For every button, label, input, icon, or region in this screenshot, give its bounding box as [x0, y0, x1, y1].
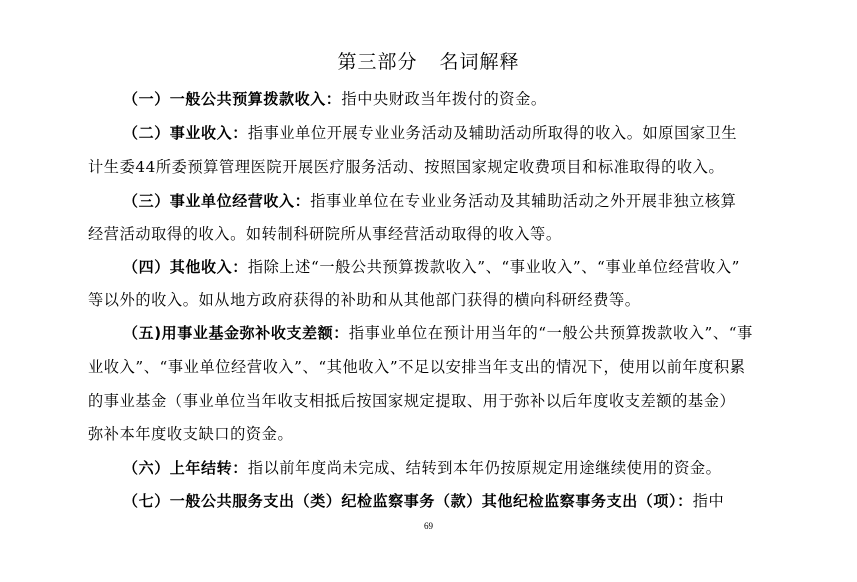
definition-line: （五)用事业基金弥补收支差额：指事业单位在预计用当年的“一般公共预算拨款收入”、…: [123, 322, 753, 343]
definition-line: 计生委44所委预算管理医院开展医疗服务活动、按照国家规定收费项目和标准取得的收入…: [88, 156, 724, 177]
definition-line: 的事业基金（事业单位当年收支相抵后按国家规定提取、用于弥补以后年度收支差额的基金…: [88, 390, 735, 411]
definition-line: （六）上年结转：指以前年度尚未完成、结转到本年仍按原规定用途继续使用的资金。: [123, 457, 721, 478]
definition-line: 弥补本年度收支缺口的资金。: [88, 423, 293, 444]
definition-text: 的事业基金（事业单位当年收支相抵后按国家规定提取、用于弥补以后年度收支差额的基金…: [88, 392, 735, 410]
term: （一）一般公共预算拨款收入：: [123, 90, 341, 108]
definition-text: 弥补本年度收支缺口的资金。: [88, 425, 293, 443]
definition-text: 计生委44所委预算管理医院开展医疗服务活动、按照国家规定收费项目和标准取得的收入…: [88, 158, 724, 176]
page-number: 69: [0, 521, 857, 531]
definition-text: 指事业单位在预计用当年的“一般公共预算拨款收入”、“事: [349, 324, 753, 342]
definition-line: （四）其他收入：指除上述“一般公共预算拨款收入”、“事业收入”、“事业单位经营收…: [123, 256, 740, 277]
definition-text: 指事业单位开展专业业务活动及辅助活动所取得的收入。如原国家卫生: [248, 124, 737, 142]
definition-line: 业收入”、“事业单位经营收入”、“其他收入”不足以安排当年支出的情况下，使用以前…: [88, 356, 746, 377]
definition-line: 经营活动取得的收入。如转制科研院所从事经营活动取得的收入等。: [88, 223, 562, 244]
page-title: 第三部分名词解释: [0, 47, 857, 74]
definition-line: （七）一般公共服务支出（类）纪检监察事务（款）其他纪检监察事务支出（项）：指中: [123, 490, 724, 511]
definition-text: 业收入”、“事业单位经营收入”、“其他收入”不足以安排当年支出的情况下，使用以前…: [88, 358, 746, 376]
term: （七）一般公共服务支出（类）纪检监察事务（款）其他纪检监察事务支出（项）：: [123, 492, 693, 510]
term: （五)用事业基金弥补收支差额：: [123, 324, 349, 342]
term: （二）事业收入：: [123, 124, 248, 142]
definition-text: 指事业单位在专业业务活动及其辅助活动之外开展非独立核算: [310, 192, 736, 210]
definition-text: 经营活动取得的收入。如转制科研院所从事经营活动取得的收入等。: [88, 225, 562, 243]
definition-line: （二）事业收入：指事业单位开展专业业务活动及辅助活动所取得的收入。如原国家卫生: [123, 122, 737, 143]
definition-text: 指除上述“一般公共预算拨款收入”、“事业收入”、“事业单位经营收入”: [248, 258, 740, 276]
definition-text: 指以前年度尚未完成、结转到本年仍按原规定用途继续使用的资金。: [248, 459, 722, 477]
title-name: 名词解释: [440, 51, 520, 73]
definition-line: 等以外的收入。如从地方政府获得的补助和从其他部门获得的横向科研经费等。: [88, 289, 641, 310]
definition-text: 指中: [693, 492, 725, 510]
term: （三）事业单位经营收入：: [123, 192, 310, 210]
title-part: 第三部分: [337, 51, 417, 73]
term: （四）其他收入：: [123, 258, 248, 276]
definition-line: （三）事业单位经营收入：指事业单位在专业业务活动及其辅助活动之外开展非独立核算: [123, 190, 736, 211]
term: （六）上年结转：: [123, 459, 248, 477]
definition-text: 等以外的收入。如从地方政府获得的补助和从其他部门获得的横向科研经费等。: [88, 291, 641, 309]
definition-text: 指中央财政当年拨付的资金。: [341, 90, 546, 108]
definition-line: （一）一般公共预算拨款收入：指中央财政当年拨付的资金。: [123, 88, 547, 109]
